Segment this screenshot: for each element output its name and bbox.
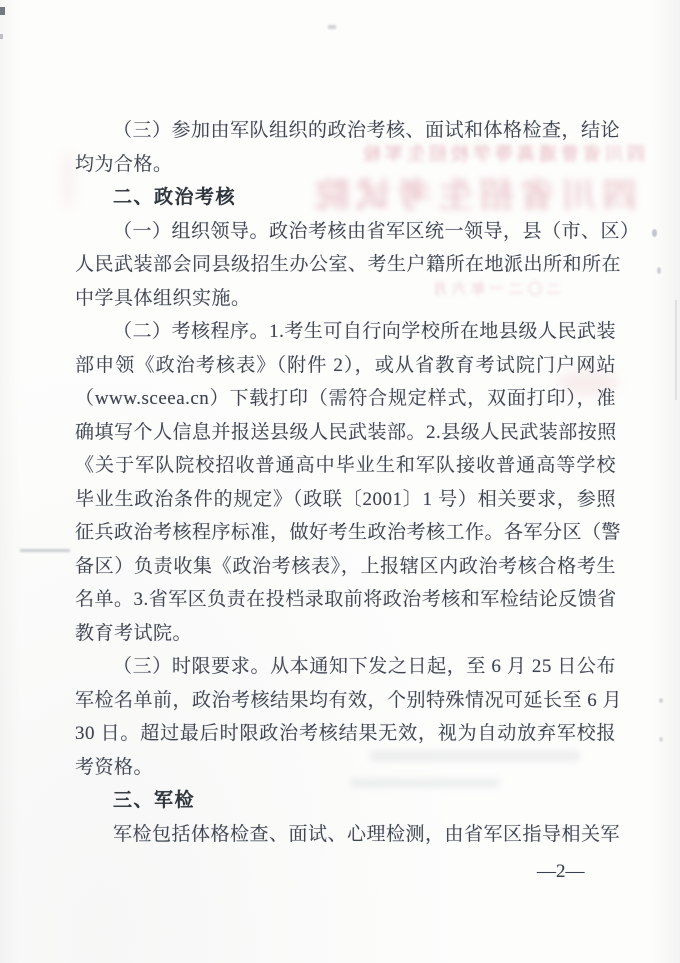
section-heading-military-exam: 三、军检 <box>75 784 616 818</box>
page-number: —2— <box>537 861 585 883</box>
doc-line: 名单。3.省军区负责在投档录取前将政治考核和军检结论反馈省 <box>75 583 616 617</box>
document-body: （三）参加由军队组织的政治考核、面试和体格检查，结论 均为合格。 二、政治考核 … <box>75 114 616 851</box>
doc-line: 军检名单前，政治考核结果均有效，个别特殊情况可延长至 6 月 <box>75 684 616 718</box>
scan-artifact-edge-line <box>675 300 677 400</box>
ink-bleedthrough-smudge <box>60 150 76 210</box>
doc-line: 考资格。 <box>75 751 616 785</box>
scanned-document-page: 四川省普通高等学校招生军检 四川省招生考试院 二〇二一年六月 （三）参加由军队组… <box>0 0 680 963</box>
doc-line: 人民武装部会同县级招生办公室、考生户籍所在地派出所和所在 <box>75 248 616 282</box>
doc-line: （二）考核程序。1.考生可自行向学校所在地县级人民武装 <box>75 315 616 349</box>
doc-line: 教育考试院。 <box>75 617 616 651</box>
scan-artifact-speck <box>659 698 663 703</box>
doc-line: 均为合格。 <box>75 148 616 182</box>
doc-line: 军检包括体格检查、面试、心理检测，由省军区指导相关军 <box>75 818 616 852</box>
doc-line: （www.sceea.cn）下载打印（需符合规定样式，双面打印），准 <box>75 382 616 416</box>
doc-line: 《关于军队院校招收普通高中毕业生和军队接收普通高等学校 <box>75 449 616 483</box>
doc-line: 部申领《政治考核表》（附件 2），或从省教育考试院门户网站 <box>75 349 616 383</box>
doc-line: 征兵政治考核程序标准，做好考生政治考核工作。各军分区（警 <box>75 516 616 550</box>
doc-line: （三）时限要求。从本通知下发之日起，至 6 月 25 日公布 <box>75 650 616 684</box>
scan-artifact-speck <box>0 34 3 39</box>
section-heading-political-review: 二、政治考核 <box>75 181 616 215</box>
scan-artifact-speck <box>657 267 661 274</box>
doc-line: 备区）负责收集《政治考核表》，上报辖区内政治考核合格考生 <box>75 550 616 584</box>
scan-artifact-speck <box>652 229 657 237</box>
scan-artifact-speck <box>328 25 336 29</box>
doc-line: （一）组织领导。政治考核由省军区统一领导，县（市、区） <box>75 215 616 249</box>
scan-artifact-speck <box>0 7 5 15</box>
doc-line: 中学具体组织实施。 <box>75 282 616 316</box>
scan-artifact-dash <box>20 549 70 552</box>
doc-line: 30 日。超过最后时限政治考核结果无效，视为自动放弃军校报 <box>75 717 616 751</box>
doc-line: 毕业生政治条件的规定》（政联〔2001〕1 号）相关要求，参照 <box>75 483 616 517</box>
scan-artifact-speck <box>659 737 663 742</box>
doc-line: 确填写个人信息并报送县级人民武装部。2.县级人民武装部按照 <box>75 416 616 450</box>
doc-line: （三）参加由军队组织的政治考核、面试和体格检查，结论 <box>75 114 616 148</box>
